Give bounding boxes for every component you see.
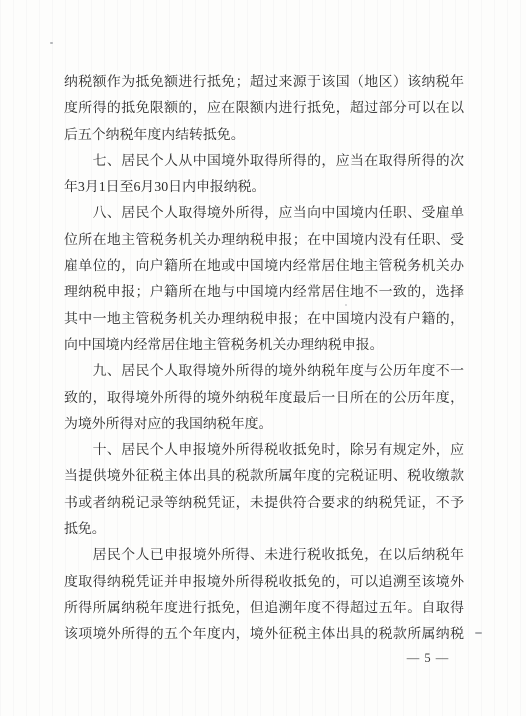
text-line: 雇单位的，向户籍所在地或中国境内经常居住地主管税务机关办 [64, 254, 464, 280]
text-line: 居民个人已申报境外所得、未进行税收抵免，在以后纳税年 [64, 543, 464, 569]
text-line: 度所得的抵免限额的，应在限额内进行抵免，超过部分可以在以 [64, 96, 464, 122]
page-number: — 5 — [398, 649, 458, 667]
text-line: 其中一地主管税务机关办理纳税申报；在中国境内没有户籍的， [64, 307, 464, 333]
text-line: 十、居民个人申报境外所得税收抵免时，除另有规定外，应 [64, 438, 464, 464]
text-line: 该项境外所得的五个年度内，境外征税主体出具的税款所属纳税 [64, 622, 464, 648]
scan-speck-artifact [50, 42, 53, 44]
text-line: 后五个纳税年度内结转抵免。 [64, 123, 464, 149]
text-line: 七、居民个人从中国境外取得所得的，应当在取得所得的次 [64, 149, 464, 175]
text-line: 为境外所得对应的我国纳税年度。 [64, 412, 464, 438]
scan-dash-artifact [475, 632, 482, 634]
text-line: 致的，取得境外所得的境外纳税年度最后一日所在的公历年度， [64, 386, 464, 412]
body-text: 纳税额作为抵免额进行抵免；超过来源于该国（地区）该纳税年度所得的抵免限额的，应在… [64, 70, 464, 649]
text-line: 年3月1日至6月30日内申报纳税。 [64, 175, 464, 201]
text-line: 抵免。 [64, 517, 464, 543]
text-line: 位所在地主管税务机关办理纳税申报；在中国境内没有任职、受 [64, 228, 464, 254]
text-line: 度取得纳税凭证并申报境外所得税收抵免的，可以追溯至该境外 [64, 570, 464, 596]
text-line: 所得所属纳税年度进行抵免，但追溯年度不得超过五年。自取得 [64, 596, 464, 622]
document-page: 纳税额作为抵免额进行抵免；超过来源于该国（地区）该纳税年度所得的抵免限额的，应在… [0, 0, 526, 716]
text-line: 纳税额作为抵免额进行抵免；超过来源于该国（地区）该纳税年 [64, 70, 464, 96]
text-line: 书或者纳税记录等纳税凭证，未提供符合要求的纳税凭证，不予 [64, 491, 464, 517]
text-line: 理纳税申报；户籍所在地与中国境内经常居住地不一致的，选择 [64, 280, 464, 306]
text-line: 当提供境外征税主体出具的税款所属年度的完税证明、税收缴款 [64, 464, 464, 490]
text-line: 九、居民个人取得境外所得的境外纳税年度与公历年度不一 [64, 359, 464, 385]
text-line: 八、居民个人取得境外所得，应当向中国境内任职、受雇单 [64, 201, 464, 227]
text-line: 向中国境内经常居住地主管税务机关办理纳税申报。 [64, 333, 464, 359]
